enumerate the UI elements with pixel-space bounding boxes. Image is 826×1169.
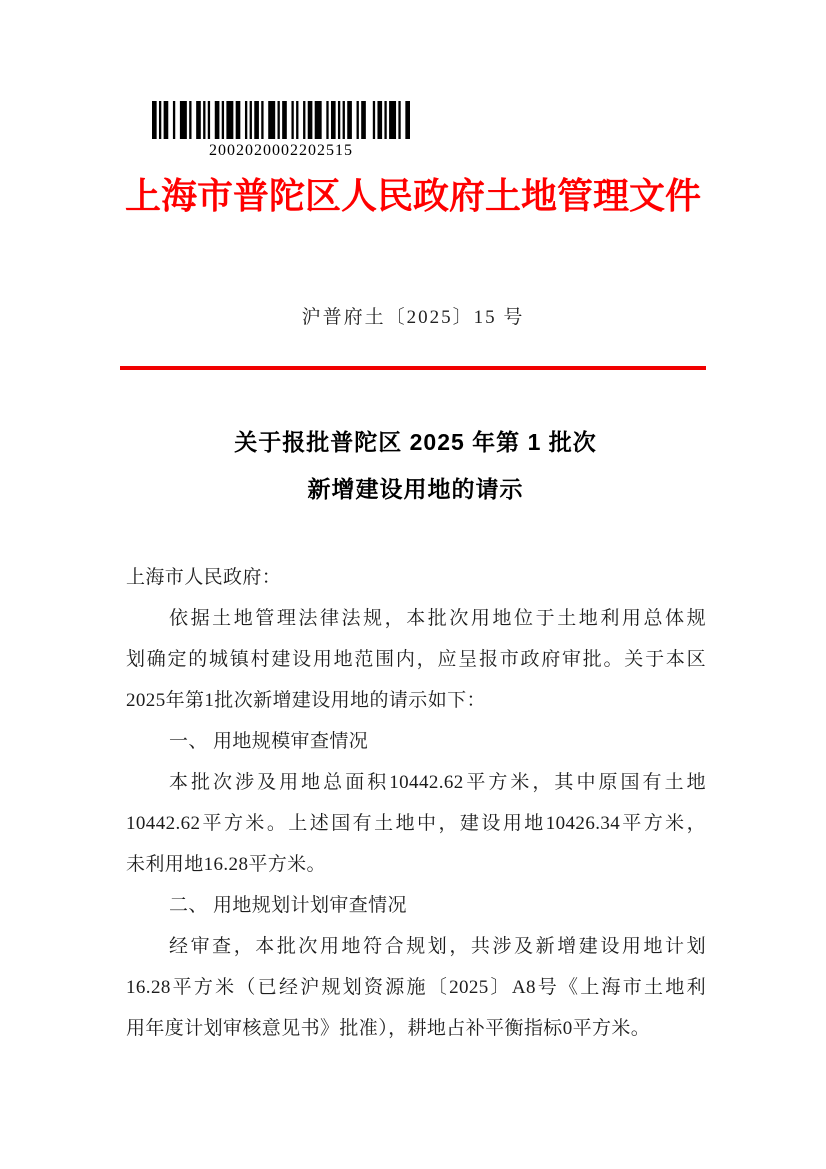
body-line: 一、 用地规模审查情况 bbox=[126, 721, 706, 762]
body-line: 10442.62平方米。上述国有土地中，建设用地10426.34平方米， bbox=[126, 803, 706, 844]
body-line: 16.28平方米（已经沪规划资源施〔2025〕A8号《上海市土地利 bbox=[126, 967, 706, 1008]
document-page: 2002020002202515 上海市普陀区人民政府土地管理文件 沪普府土〔2… bbox=[0, 0, 826, 1169]
body-line: 划确定的城镇村建设用地范围内，应呈报市政府审批。关于本区 bbox=[126, 639, 706, 680]
body-line: 依据土地管理法律法规，本批次用地位于土地利用总体规 bbox=[126, 598, 706, 639]
masthead-title: 上海市普陀区人民政府土地管理文件 bbox=[0, 170, 826, 222]
barcode-number: 2002020002202515 bbox=[152, 142, 410, 160]
body-line: 二、 用地规划计划审查情况 bbox=[126, 885, 706, 926]
document-body: 上海市人民政府：依据土地管理法律法规，本批次用地位于土地利用总体规划确定的城镇村… bbox=[126, 557, 706, 1049]
subject-title-line2: 新增建设用地的请示 bbox=[125, 466, 706, 513]
barcode-icon bbox=[152, 101, 410, 139]
body-line: 用年度计划审核意见书》批准），耕地占补平衡指标0平方米。 bbox=[126, 1008, 706, 1049]
subject-title-line1: 关于报批普陀区 2025 年第 1 批次 bbox=[125, 419, 706, 466]
body-line: 未利用地16.28平方米。 bbox=[126, 844, 706, 885]
subject-title: 关于报批普陀区 2025 年第 1 批次 新增建设用地的请示 bbox=[125, 419, 706, 513]
red-separator-line bbox=[120, 366, 706, 370]
barcode-block: 2002020002202515 bbox=[152, 101, 410, 160]
body-line: 经审查，本批次用地符合规划，共涉及新增建设用地计划 bbox=[126, 926, 706, 967]
body-line: 2025年第1批次新增建设用地的请示如下： bbox=[126, 680, 706, 721]
body-line: 本批次涉及用地总面积10442.62平方米，其中原国有土地 bbox=[126, 762, 706, 803]
body-line: 上海市人民政府： bbox=[126, 557, 706, 598]
doc-number: 沪普府土〔2025〕15 号 bbox=[0, 302, 826, 329]
